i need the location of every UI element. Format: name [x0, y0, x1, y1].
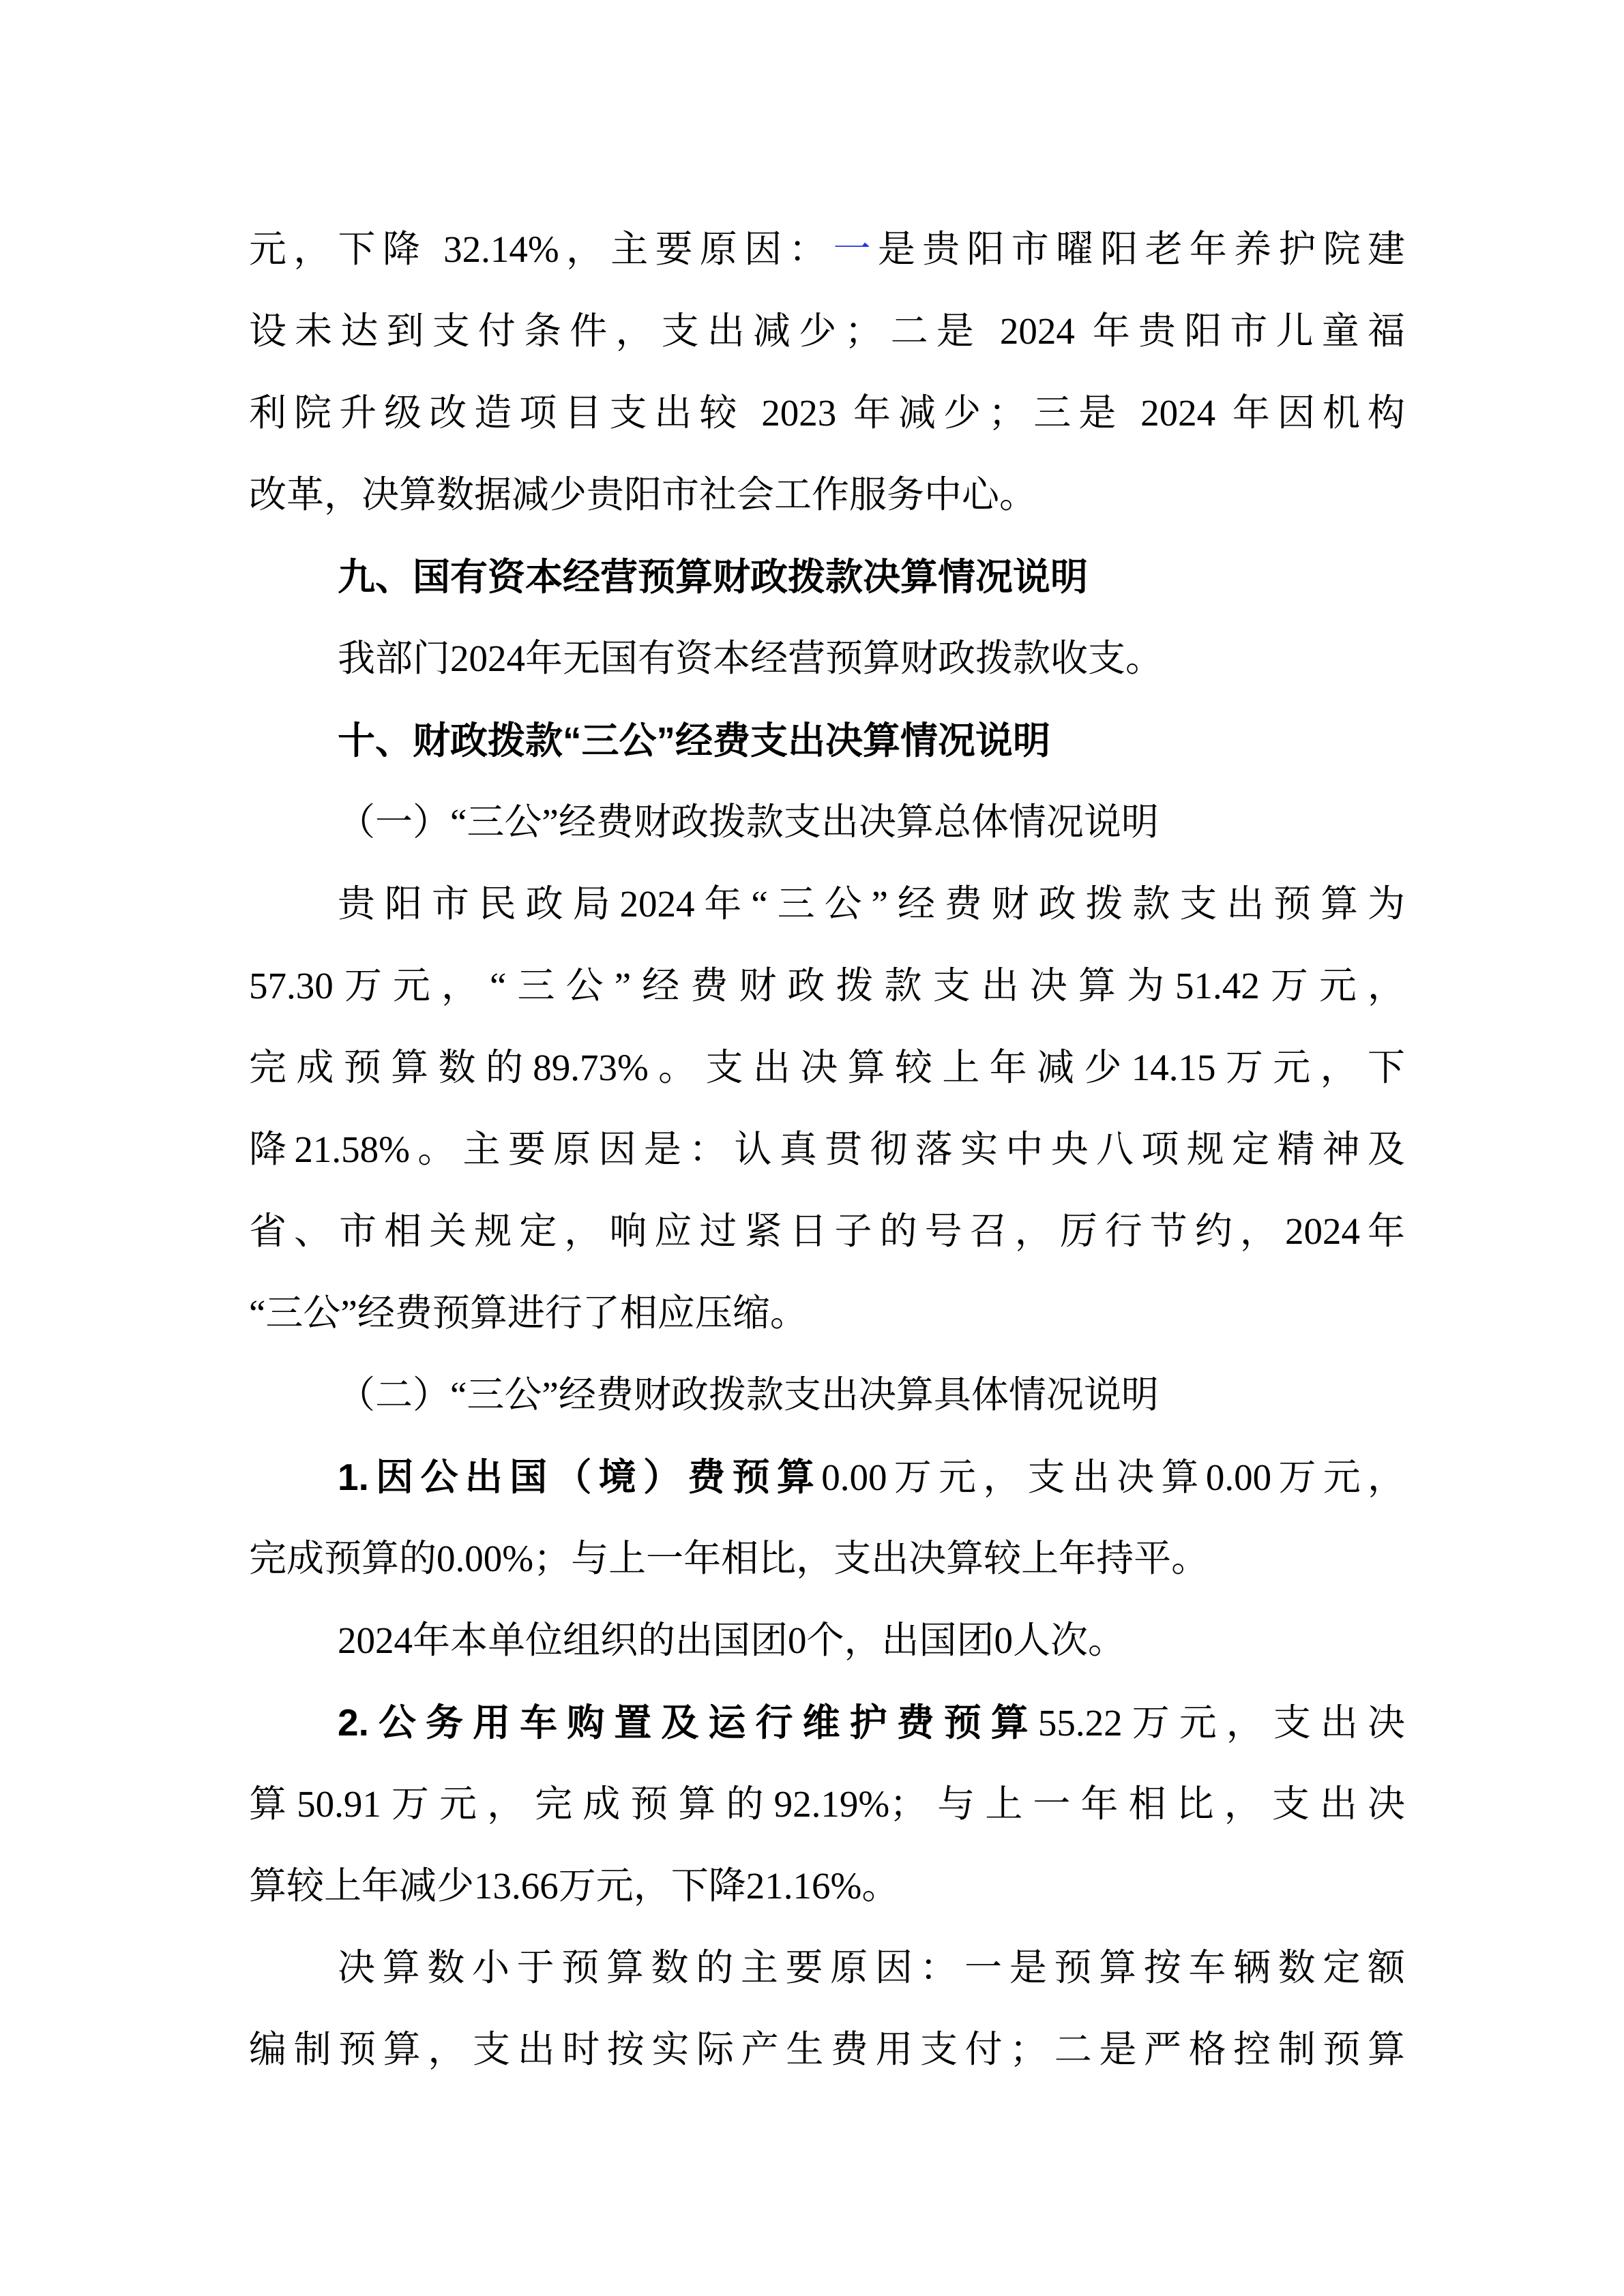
body-text: 我部门2024年无国有资本经营预算财政拨款收支。	[338, 638, 1163, 679]
body-text: 降21.58%。主要原因是：认真贯彻落实中央八项规定精神及	[249, 1129, 1405, 1170]
body-text: 算50.91万元，完成预算的92.19%；与上一年相比，支出决	[249, 1783, 1405, 1825]
body-line-16: 1.因公出国（境）费预算0.00万元，支出决算0.00万元，	[249, 1436, 1405, 1518]
heading-text: 九、国有资本经营预算财政拨款决算情况说明	[338, 556, 1088, 598]
body-line-17: 完成预算的0.00%；与上一年相比，支出决算较上年持平。	[249, 1518, 1405, 1600]
body-text: 设未达到支付条件，支出减少；二是 2024 年贵阳市儿童福	[249, 310, 1405, 352]
highlighted-char-yi: 一	[833, 228, 878, 270]
body-text: 55.22万元，支出决	[1038, 1702, 1405, 1744]
body-line-19: 2.公务用车购置及运行维护费预算55.22万元，支出决	[249, 1682, 1405, 1763]
body-text: 完成预算的0.00%；与上一年相比，支出决算较上年持平。	[249, 1538, 1209, 1579]
heading-section-9: 九、国有资本经营预算财政拨款决算情况说明	[249, 536, 1405, 618]
body-text: “三公”经费预算进行了相应压缩。	[249, 1292, 808, 1334]
body-line-14: “三公”经费预算进行了相应压缩。	[249, 1272, 1405, 1354]
body-text: 57.30万元，“三公”经费财政拨款支出决算为51.42万元，	[249, 965, 1405, 1007]
body-line-23: 编制预算，支出时按实际产生费用支付；二是严格控制预算	[249, 2009, 1405, 2091]
subheading-sangong-detail: （二）“三公”经费财政拨款支出决算具体情况说明	[249, 1354, 1405, 1436]
body-text: 完成预算数的89.73%。支出决算较上年减少14.15万元，下	[249, 1047, 1405, 1088]
body-text: 2024年本单位组织的出国团0个，出国团0人次。	[338, 1620, 1125, 1661]
body-line-13: 省、市相关规定，响应过紧日子的号召，厉行节约，2024年	[249, 1191, 1405, 1272]
body-text: 元，下降 32.14%，主要原因：	[249, 228, 833, 270]
body-line-4: 改革，决算数据减少贵阳市社会工作服务中心。	[249, 454, 1405, 536]
body-text: 改革，决算数据减少贵阳市社会工作服务中心。	[249, 474, 1037, 516]
body-line-20: 算50.91万元，完成预算的92.19%；与上一年相比，支出决	[249, 1763, 1405, 1845]
body-line-10: 57.30万元，“三公”经费财政拨款支出决算为51.42万元，	[249, 945, 1405, 1027]
body-text: 贵阳市民政局2024年“三公”经费财政拨款支出预算为	[338, 883, 1405, 925]
inline-bold-item-2: 2.公务用车购置及运行维护费预算	[338, 1701, 1038, 1744]
body-text: 省、市相关规定，响应过紧日子的号召，厉行节约，2024年	[249, 1210, 1405, 1252]
body-line-18: 2024年本单位组织的出国团0个，出国团0人次。	[249, 1600, 1405, 1682]
body-text: 是贵阳市曜阳老年养护院建	[878, 228, 1405, 270]
body-line-21: 算较上年减少13.66万元，下降21.16%。	[249, 1845, 1405, 1927]
subheading-text: （二）“三公”经费财政拨款支出决算具体情况说明	[338, 1374, 1159, 1416]
body-line-6: 我部门2024年无国有资本经营预算财政拨款收支。	[249, 618, 1405, 700]
body-text: 编制预算，支出时按实际产生费用支付；二是严格控制预算	[249, 2029, 1405, 2070]
body-line-22: 决算数小于预算数的主要原因：一是预算按车辆数定额	[249, 1927, 1405, 2009]
body-line-9: 贵阳市民政局2024年“三公”经费财政拨款支出预算为	[249, 863, 1405, 945]
body-line-11: 完成预算数的89.73%。支出决算较上年减少14.15万元，下	[249, 1027, 1405, 1109]
heading-text: 十、财政拨款“三公”经费支出决算情况说明	[338, 719, 1050, 762]
body-text: 利院升级改造项目支出较 2023 年减少；三是 2024 年因机构	[249, 392, 1405, 434]
body-text: 算较上年减少13.66万元，下降21.16%。	[249, 1865, 899, 1907]
body-line-2: 设未达到支付条件，支出减少；二是 2024 年贵阳市儿童福	[249, 290, 1405, 372]
body-line-1: 元，下降 32.14%，主要原因：一是贵阳市曜阳老年养护院建	[249, 209, 1405, 290]
inline-bold-item-1: 1.因公出国（境）费预算	[338, 1456, 821, 1498]
body-line-12: 降21.58%。主要原因是：认真贯彻落实中央八项规定精神及	[249, 1109, 1405, 1191]
body-text: 0.00万元，支出决算0.00万元，	[821, 1457, 1405, 1498]
heading-section-10: 十、财政拨款“三公”经费支出决算情况说明	[249, 700, 1405, 781]
document-page: { "page": { "background": "#ffffff", "wi…	[0, 0, 1624, 2296]
body-text: 决算数小于预算数的主要原因：一是预算按车辆数定额	[338, 1947, 1405, 1988]
body-line-3: 利院升级改造项目支出较 2023 年减少；三是 2024 年因机构	[249, 372, 1405, 454]
subheading-text: （一）“三公”经费财政拨款支出决算总体情况说明	[338, 801, 1159, 843]
document-body: 元，下降 32.14%，主要原因：一是贵阳市曜阳老年养护院建 设未达到支付条件，…	[249, 209, 1405, 2091]
subheading-sangong-overall: （一）“三公”经费财政拨款支出决算总体情况说明	[249, 781, 1405, 863]
